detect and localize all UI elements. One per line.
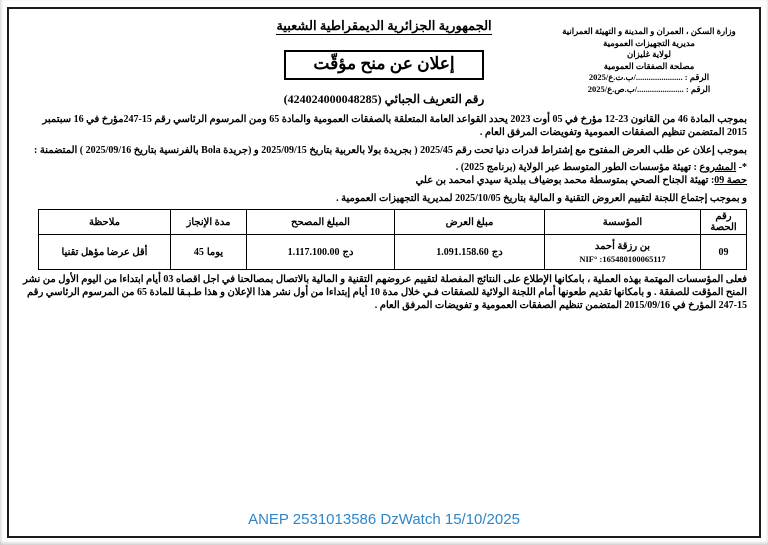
col-header-note: ملاحظة xyxy=(39,210,171,235)
committee-meeting-paragraph: و بموجب إجتماع اللجنة لتقييم العروض التق… xyxy=(21,193,747,206)
project-prefix: *- xyxy=(736,162,747,173)
reference-number-line-2: الرقم : ....................../ب.ص.ع/202… xyxy=(543,84,755,96)
bid-amount-value: 1.091.158.60 xyxy=(436,247,489,258)
currency-label: دج xyxy=(492,247,503,258)
col-header-lot-number: رقم الحصة xyxy=(701,210,747,235)
reference-number-line-1: الرقم : ....................../ب.ت.ع/202… xyxy=(543,72,755,84)
lot-text: : تهيئة الجناح الصحي بمتوسطة محمد بوضياف… xyxy=(416,175,715,186)
duration-cell: يوما 45 xyxy=(171,235,247,270)
project-text: : تهيئة مؤسسات الطور المتوسط عبر الولاية… xyxy=(456,162,700,173)
legal-basis-paragraph: بموجب المادة 46 من القانون 23-12 مؤرخ في… xyxy=(21,114,747,139)
ministry-header-block: وزارة السكن ، العمران و المدينة و التهيئ… xyxy=(543,26,755,95)
col-header-duration: مدة الإنجاز xyxy=(171,210,247,235)
directorate-line: مديرية التجهيزات العمومية xyxy=(543,38,755,50)
lot-number-cell: 09 xyxy=(701,235,747,270)
table-header-row: رقم الحصة المؤسسة مبلغ العرض المبلغ المص… xyxy=(39,210,747,235)
table-row: 09 بن رزقة أحمد NIF° :165480100065117 دج… xyxy=(39,235,747,270)
corrected-amount-cell: دج 1.117.100.00 xyxy=(247,235,395,270)
note-cell: أقل عرضا مؤهل تقنيا xyxy=(39,235,171,270)
project-label: المشروع xyxy=(699,162,736,173)
corrected-amount-value: 1.117.100.00 xyxy=(288,247,340,258)
announcement-title-box: إعلان عن منح مؤقّت xyxy=(284,50,483,80)
closing-paragraph: فعلى المؤسسات المهتمة بهذه العملية ، بام… xyxy=(21,273,747,312)
currency-label: دج xyxy=(343,247,354,258)
lot-label: حصة 09 xyxy=(714,175,747,186)
company-cell: بن رزقة أحمد NIF° :165480100065117 xyxy=(545,235,701,270)
col-header-company: المؤسسة xyxy=(545,210,701,235)
lot-line: حصة 09: تهيئة الجناح الصحي بمتوسطة محمد … xyxy=(21,175,747,188)
company-nif: NIF° :165480100065117 xyxy=(547,253,698,265)
tender-reference-paragraph: بموجب إعلان عن طلب العرض المفتوح مع إشتر… xyxy=(21,145,747,158)
bid-amount-cell: دج 1.091.158.60 xyxy=(395,235,545,270)
project-line: *- المشروع : تهيئة مؤسسات الطور المتوسط … xyxy=(21,162,747,175)
duration-value: 45 xyxy=(194,247,204,258)
service-line: مصلحة الصفقات العمومية xyxy=(543,61,755,73)
wilaya-line: لولاية غليزان xyxy=(543,49,755,61)
col-header-bid-amount: مبلغ العرض xyxy=(395,210,545,235)
award-table: رقم الحصة المؤسسة مبلغ العرض المبلغ المص… xyxy=(38,209,747,270)
document-border-frame: الجمهورية الجزائرية الديمقراطية الشعبية … xyxy=(7,7,761,538)
duration-unit: يوما xyxy=(207,247,223,258)
ministry-line: وزارة السكن ، العمران و المدينة و التهيئ… xyxy=(543,26,755,38)
col-header-corrected-amount: المبلغ المصحح xyxy=(247,210,395,235)
company-name: بن رزقة أحمد xyxy=(547,240,698,253)
document-page: الجمهورية الجزائرية الديمقراطية الشعبية … xyxy=(0,0,768,545)
anep-footer: ANEP 2531013586 DzWatch 15/10/2025 xyxy=(21,511,747,530)
